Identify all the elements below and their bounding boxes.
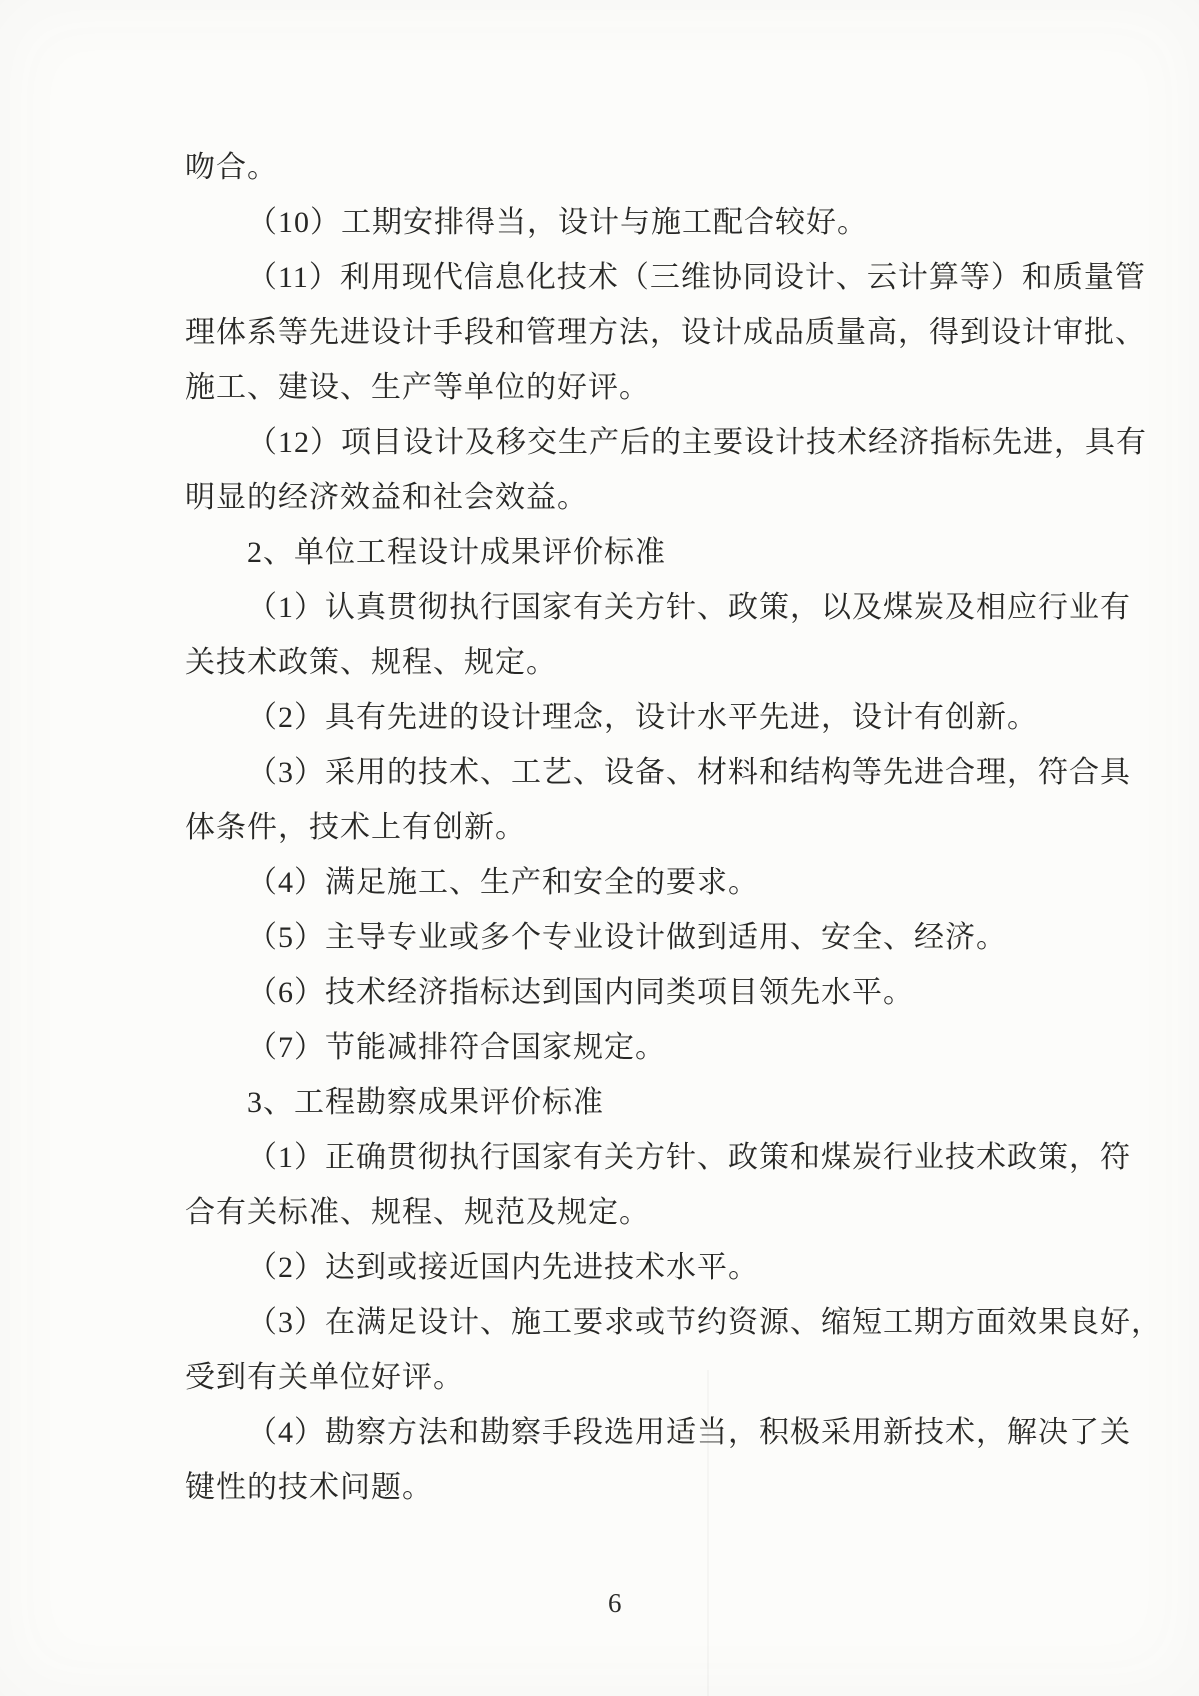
text-line: 键性的技术问题。: [185, 1460, 1055, 1515]
text-line: （2）达到或接近国内先进技术水平。: [185, 1240, 1055, 1295]
page-number: 6: [608, 1588, 622, 1619]
text-line: （7）节能减排符合国家规定。: [185, 1020, 1055, 1075]
text-line: （11）利用现代信息化技术（三维协同设计、云计算等）和质量管: [185, 250, 1055, 305]
text-line: （12）项目设计及移交生产后的主要设计技术经济指标先进，具有: [185, 415, 1055, 470]
text-line: （5）主导专业或多个专业设计做到适用、安全、经济。: [185, 910, 1055, 965]
text-line: 施工、建设、生产等单位的好评。: [185, 360, 1055, 415]
body-text: 吻合。（10）工期安排得当，设计与施工配合较好。（11）利用现代信息化技术（三维…: [185, 140, 1055, 1515]
text-line: 关技术政策、规程、规定。: [185, 635, 1055, 690]
text-line: （3）采用的技术、工艺、设备、材料和结构等先进合理，符合具: [185, 745, 1055, 800]
text-line: 吻合。: [185, 140, 1055, 195]
text-line: 体条件，技术上有创新。: [185, 800, 1055, 855]
text-line: 理体系等先进设计手段和管理方法，设计成品质量高，得到设计审批、: [185, 305, 1055, 360]
scan-artifact: [707, 1370, 709, 1696]
text-line: （1）正确贯彻执行国家有关方针、政策和煤炭行业技术政策，符: [185, 1130, 1055, 1185]
text-line: （3）在满足设计、施工要求或节约资源、缩短工期方面效果良好，: [185, 1295, 1055, 1350]
text-line: 受到有关单位好评。: [185, 1350, 1055, 1405]
text-line: 明显的经济效益和社会效益。: [185, 470, 1055, 525]
text-line: （6）技术经济指标达到国内同类项目领先水平。: [185, 965, 1055, 1020]
text-line: （10）工期安排得当，设计与施工配合较好。: [185, 195, 1055, 250]
document-page: 吻合。（10）工期安排得当，设计与施工配合较好。（11）利用现代信息化技术（三维…: [0, 0, 1199, 1696]
text-line: （4）满足施工、生产和安全的要求。: [185, 855, 1055, 910]
text-line: （1）认真贯彻执行国家有关方针、政策，以及煤炭及相应行业有: [185, 580, 1055, 635]
text-line: （4）勘察方法和勘察手段选用适当，积极采用新技术，解决了关: [185, 1405, 1055, 1460]
text-line: （2）具有先进的设计理念，设计水平先进，设计有创新。: [185, 690, 1055, 745]
text-line: 3、工程勘察成果评价标准: [185, 1075, 1055, 1130]
text-line: 2、单位工程设计成果评价标准: [185, 525, 1055, 580]
text-line: 合有关标准、规程、规范及规定。: [185, 1185, 1055, 1240]
